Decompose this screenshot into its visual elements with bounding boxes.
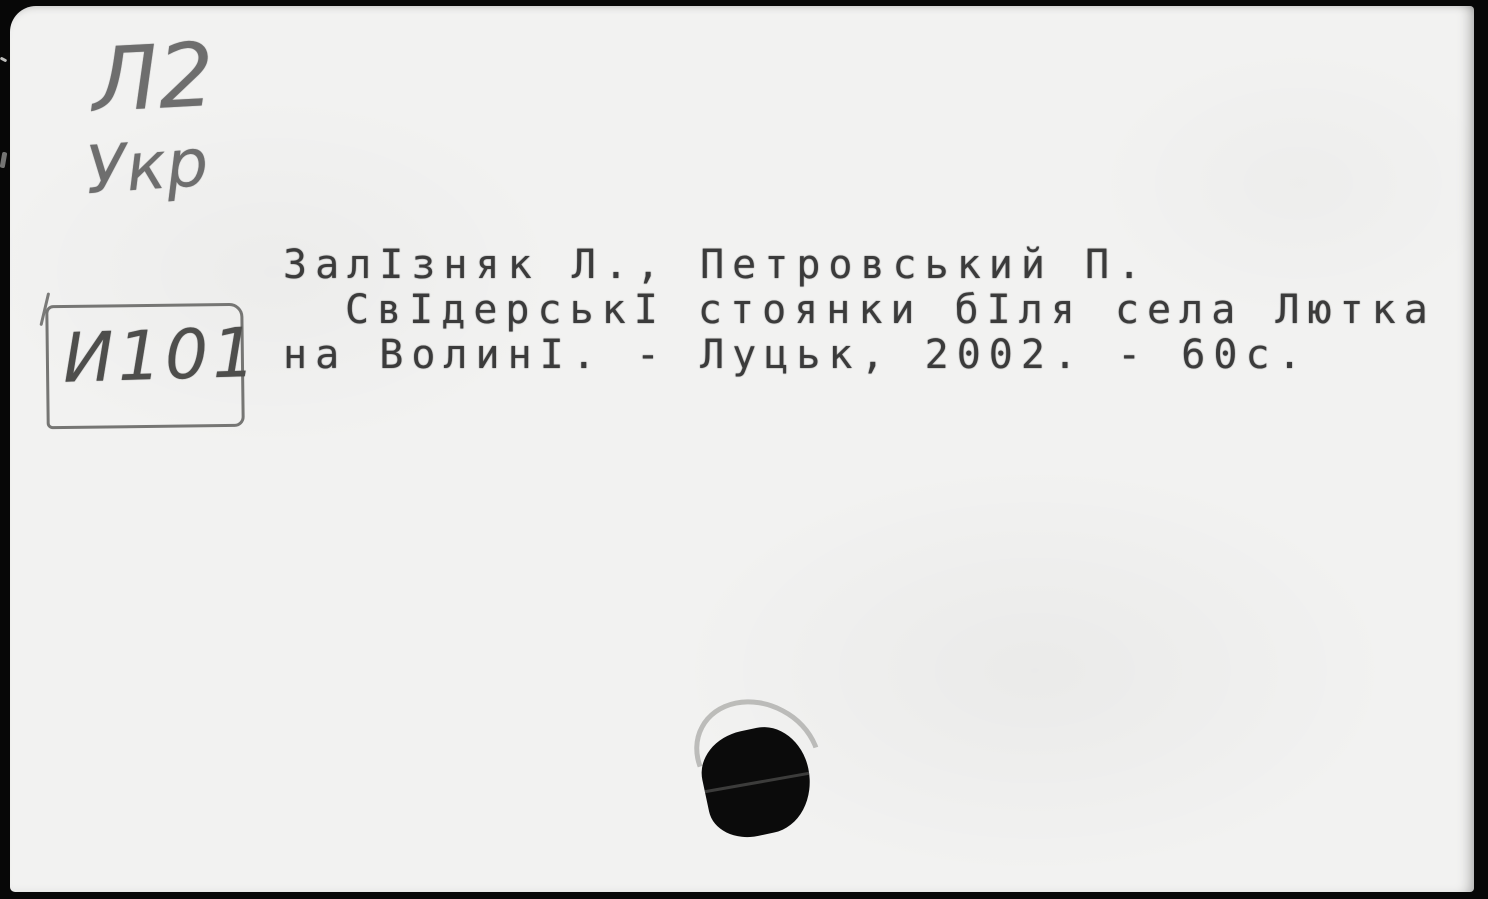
scan-edge-scratch <box>0 152 7 169</box>
scanline-artifact <box>699 771 816 794</box>
entry-imprint-line: на ВолинІ. - Луцьк, 2002. - 60с. <box>283 333 1436 378</box>
typed-bibliographic-entry: ЗалІзняк Л., Петровський П. СвІдерськІ с… <box>283 243 1436 378</box>
handwritten-shelf-mark: Л2 <box>90 31 217 125</box>
handwritten-language-mark: Укр <box>84 130 210 204</box>
entry-title-line: СвІдерськІ стоянки бІля села Лютка <box>283 288 1436 333</box>
entry-authors-line: ЗалІзняк Л., Петровський П. <box>283 243 1436 288</box>
scan-edge-scratch <box>0 57 7 63</box>
handwritten-inventory-number: И101 <box>62 320 261 394</box>
handdrawn-inventory-box: И101 <box>45 303 245 429</box>
